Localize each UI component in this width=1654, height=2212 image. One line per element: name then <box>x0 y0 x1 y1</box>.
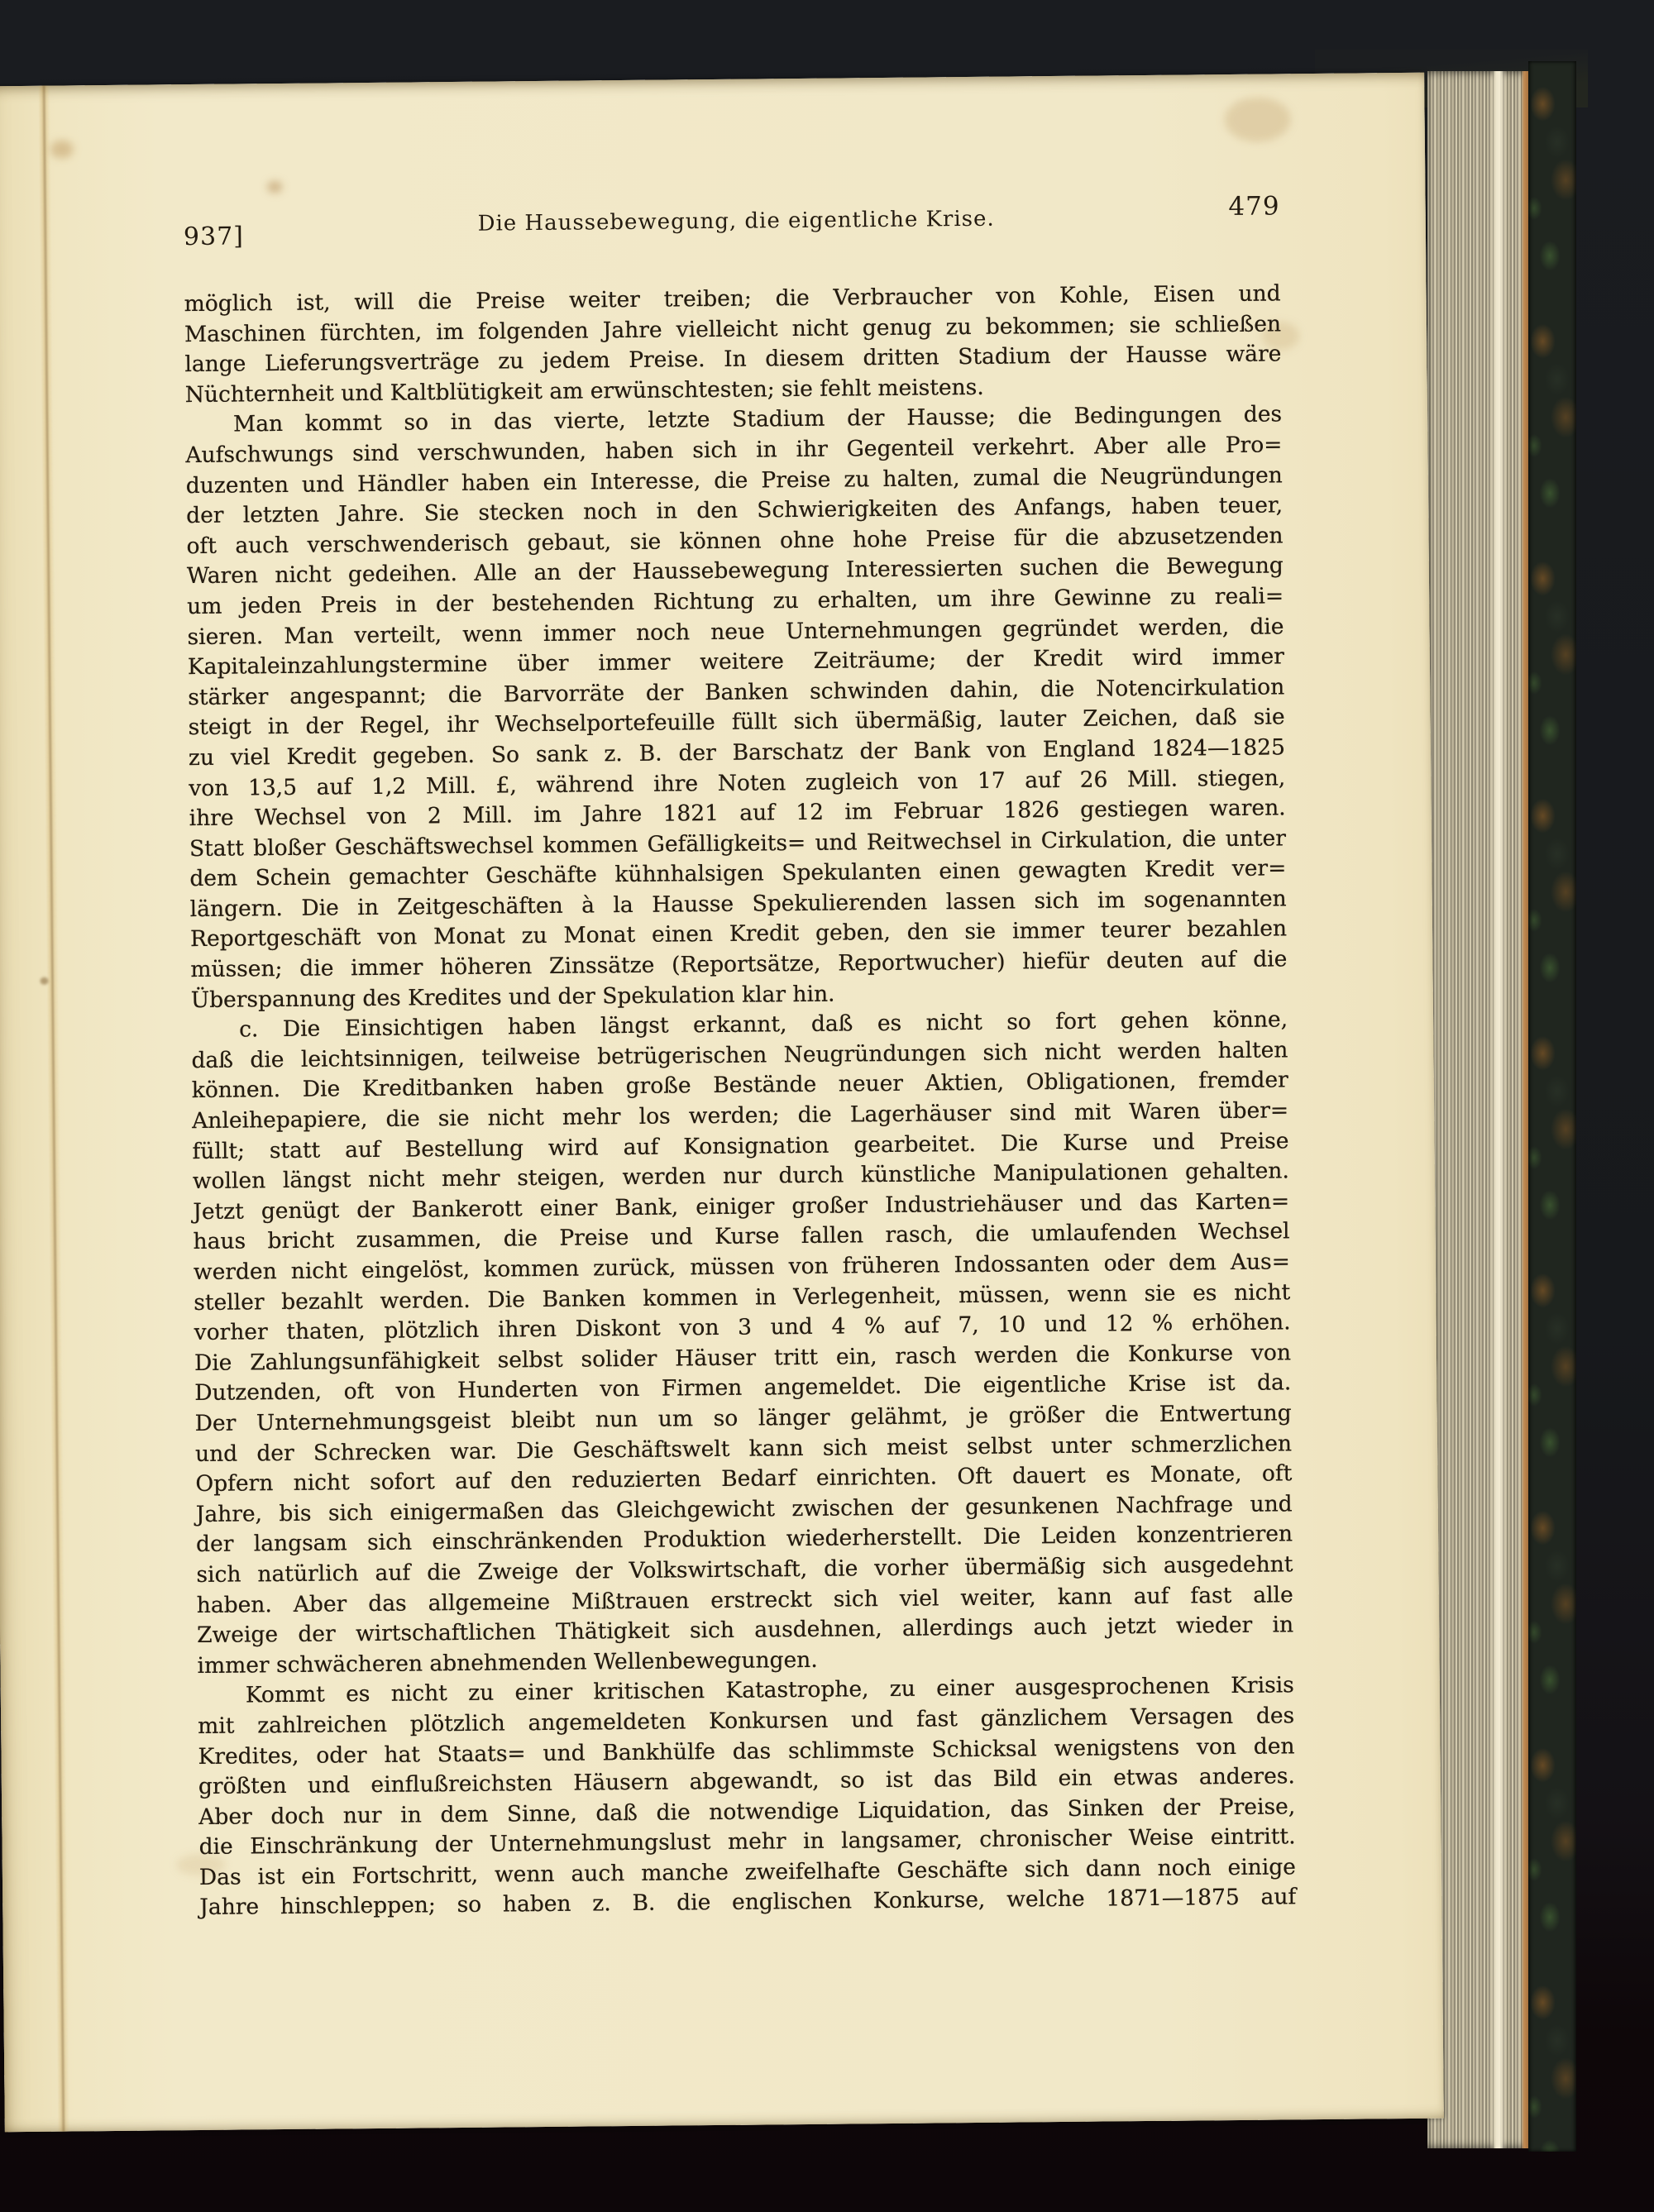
foxing-spot <box>1224 97 1291 142</box>
page-body: möglich ist, will die Preise weiter trei… <box>184 279 1297 1923</box>
foxing-spot <box>41 977 49 985</box>
gutter-crease <box>38 86 69 2132</box>
fore-edge-page-stack <box>1427 71 1528 2148</box>
paragraph: Man kommt so in das vierte, letzte Stadi… <box>185 400 1288 1016</box>
page-header: 937] Die Haussebewegung, die eigentliche… <box>184 198 1280 241</box>
foxing-spot <box>267 181 282 193</box>
paragraph: c. Die Einsichtigen haben längst erkannt… <box>191 1006 1294 1682</box>
paragraph: Kommt es nicht zu einer kritischen Katas… <box>198 1671 1297 1923</box>
text-column: 937] Die Haussebewegung, die eigentliche… <box>184 198 1297 1923</box>
book-page: 937] Die Haussebewegung, die eigentliche… <box>0 73 1444 2133</box>
section-marginal-number: 937] <box>184 222 244 251</box>
fore-edge-tan-line <box>1521 71 1528 2148</box>
fore-edge-highlight <box>1492 71 1505 2148</box>
book-cover-marbled-edge <box>1528 61 1576 2152</box>
page-number: 479 <box>1228 191 1280 222</box>
paragraph: möglich ist, will die Preise weiter trei… <box>184 279 1282 410</box>
scanned-book-photo: 937] Die Haussebewegung, die eigentliche… <box>0 0 1654 2212</box>
running-title: Die Haussebewegung, die eigentliche Kris… <box>478 207 995 236</box>
foxing-spot <box>50 140 74 158</box>
